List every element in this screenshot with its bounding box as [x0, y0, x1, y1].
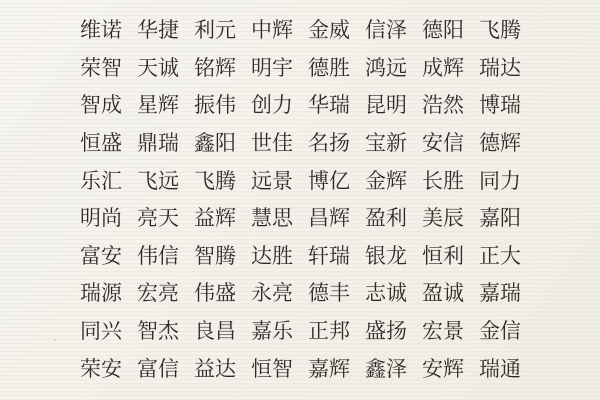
- name-item: 铭辉: [194, 58, 236, 79]
- name-item: 富信: [137, 359, 179, 380]
- name-row: 乐汇飞远飞腾远景博亿金辉长胜同力: [80, 162, 521, 200]
- name-item: 志诚: [365, 283, 407, 304]
- name-item: 宝新: [365, 133, 407, 154]
- name-item: 美辰: [422, 208, 464, 229]
- name-item: 良昌: [194, 321, 236, 342]
- name-item: 正大: [479, 246, 521, 267]
- name-item: 益辉: [194, 208, 236, 229]
- name-item: 长胜: [422, 171, 464, 192]
- name-row: 智成星辉振伟创力华瑞昆明浩然博瑞: [80, 87, 521, 125]
- name-item: 益达: [194, 359, 236, 380]
- name-item: 飞腾: [479, 20, 521, 41]
- name-item: 明宇: [251, 58, 293, 79]
- name-item: 永亮: [251, 283, 293, 304]
- name-item: 振伟: [194, 95, 236, 116]
- name-item: 世佳: [251, 133, 293, 154]
- name-item: 创力: [251, 95, 293, 116]
- name-row: 荣安富信益达恒智嘉辉鑫泽安辉瑞通: [80, 350, 521, 388]
- name-item: 金信: [479, 321, 521, 342]
- name-item: 中辉: [251, 20, 293, 41]
- name-item: 乐汇: [80, 171, 122, 192]
- name-item: 利元: [194, 20, 236, 41]
- name-grid: 维诺华捷利元中辉金威信泽德阳飞腾荣智天诚铭辉明宇德胜鸿远成辉瑞达智成星辉振伟创力…: [80, 12, 521, 388]
- name-item: 盈诚: [422, 283, 464, 304]
- name-item: 鼎瑞: [137, 133, 179, 154]
- name-item: 金威: [308, 20, 350, 41]
- name-item: 飞腾: [194, 171, 236, 192]
- name-item: 明尚: [80, 208, 122, 229]
- name-item: 恒利: [422, 246, 464, 267]
- name-item: 智杰: [137, 321, 179, 342]
- paper-background: 维诺华捷利元中辉金威信泽德阳飞腾荣智天诚铭辉明宇德胜鸿远成辉瑞达智成星辉振伟创力…: [0, 0, 600, 400]
- name-item: 远景: [251, 171, 293, 192]
- name-item: 瑞源: [80, 283, 122, 304]
- name-item: 鑫阳: [194, 133, 236, 154]
- name-item: 昌辉: [308, 208, 350, 229]
- name-item: 盛扬: [365, 321, 407, 342]
- name-item: 慧思: [251, 208, 293, 229]
- name-item: 嘉阳: [479, 208, 521, 229]
- name-item: 鸿远: [365, 58, 407, 79]
- name-row: 维诺华捷利元中辉金威信泽德阳飞腾: [80, 12, 521, 50]
- name-item: 华瑞: [308, 95, 350, 116]
- name-item: 荣安: [80, 359, 122, 380]
- name-item: 同兴: [80, 321, 122, 342]
- name-item: 银龙: [365, 246, 407, 267]
- name-item: 成辉: [422, 58, 464, 79]
- name-item: 华捷: [137, 20, 179, 41]
- name-item: 荣智: [80, 58, 122, 79]
- name-item: 飞远: [137, 171, 179, 192]
- name-item: 安信: [422, 133, 464, 154]
- name-item: 宏景: [422, 321, 464, 342]
- name-item: 智成: [80, 95, 122, 116]
- name-item: 盈利: [365, 208, 407, 229]
- name-item: 安辉: [422, 359, 464, 380]
- name-item: 德辉: [479, 133, 521, 154]
- name-item: 智腾: [194, 246, 236, 267]
- name-item: 德丰: [308, 283, 350, 304]
- name-item: 恒盛: [80, 133, 122, 154]
- name-item: 星辉: [137, 95, 179, 116]
- name-item: 富安: [80, 246, 122, 267]
- name-item: 达胜: [251, 246, 293, 267]
- name-item: 同力: [479, 171, 521, 192]
- name-item: 亮天: [137, 208, 179, 229]
- name-item: 名扬: [308, 133, 350, 154]
- name-item: 天诚: [137, 58, 179, 79]
- name-item: 博亿: [308, 171, 350, 192]
- name-row: 明尚亮天益辉慧思昌辉盈利美辰嘉阳: [80, 200, 521, 238]
- name-row: 富安伟信智腾达胜轩瑞银龙恒利正大: [80, 238, 521, 276]
- name-item: 嘉乐: [251, 321, 293, 342]
- name-item: 嘉瑞: [479, 283, 521, 304]
- name-item: 嘉辉: [308, 359, 350, 380]
- name-row: 同兴智杰良昌嘉乐正邦盛扬宏景金信: [80, 313, 521, 351]
- name-item: 德阳: [422, 20, 464, 41]
- name-item: 正邦: [308, 321, 350, 342]
- name-item: 宏亮: [137, 283, 179, 304]
- name-item: 伟信: [137, 246, 179, 267]
- name-item: 鑫泽: [365, 359, 407, 380]
- name-row: 瑞源宏亮伟盛永亮德丰志诚盈诚嘉瑞: [80, 275, 521, 313]
- name-row: 荣智天诚铭辉明宇德胜鸿远成辉瑞达: [80, 50, 521, 88]
- name-item: 瑞通: [479, 359, 521, 380]
- name-item: 伟盛: [194, 283, 236, 304]
- name-item: 恒智: [251, 359, 293, 380]
- name-item: 博瑞: [479, 95, 521, 116]
- name-item: 维诺: [80, 20, 122, 41]
- name-item: 瑞达: [479, 58, 521, 79]
- name-item: 昆明: [365, 95, 407, 116]
- name-item: 金辉: [365, 171, 407, 192]
- name-item: 浩然: [422, 95, 464, 116]
- name-item: 轩瑞: [308, 246, 350, 267]
- name-item: 德胜: [308, 58, 350, 79]
- name-row: 恒盛鼎瑞鑫阳世佳名扬宝新安信德辉: [80, 125, 521, 163]
- name-item: 信泽: [365, 20, 407, 41]
